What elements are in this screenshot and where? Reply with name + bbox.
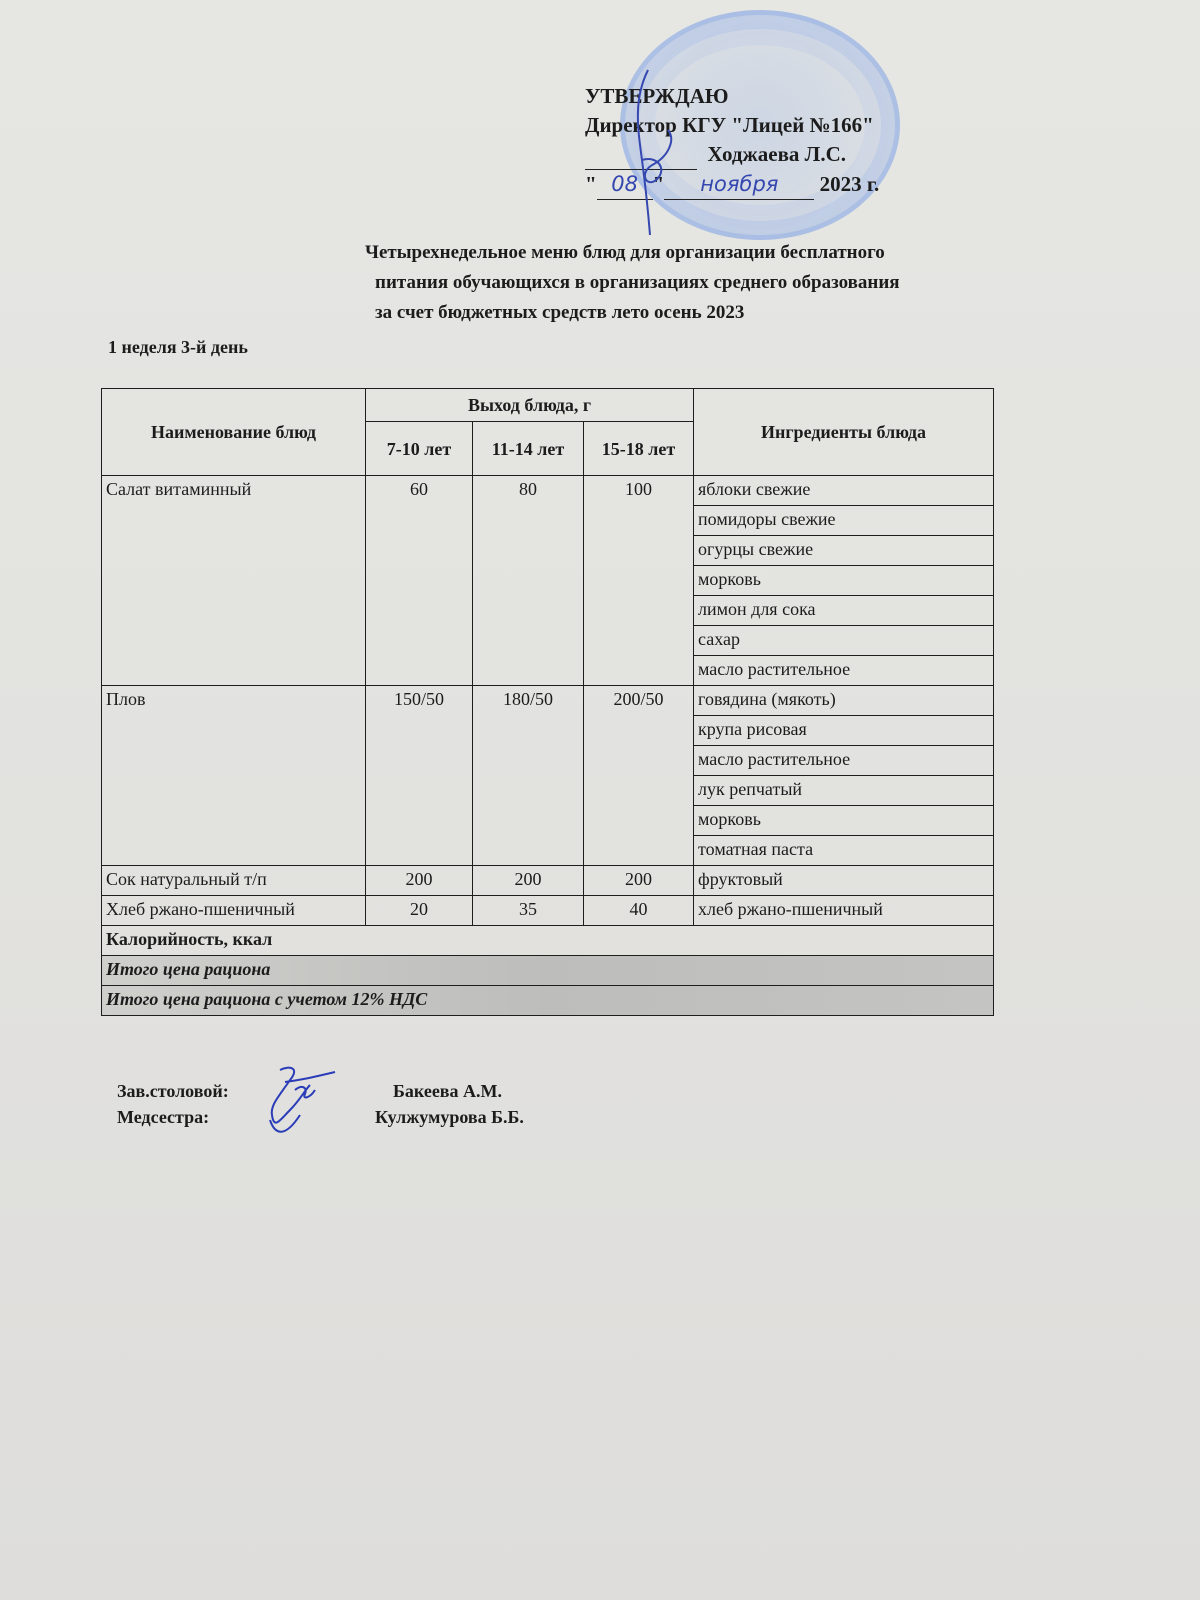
nurse-role: Медсестра: [117, 1104, 209, 1130]
ingredient-cell: томатная паста [694, 836, 994, 866]
approval-block: УТВЕРЖДАЮ Директор КГУ "Лицей №166" Ходж… [585, 82, 879, 200]
yield-11-14: 35 [473, 896, 584, 926]
ingredient-cell: говядина (мякоть) [694, 686, 994, 716]
total-price-row: Итого цена рациона [102, 956, 994, 986]
title-line-1: Четырехнедельное меню блюд для организац… [365, 238, 1025, 268]
table-row: Салат витаминный6080100яблоки свежие [102, 476, 994, 506]
yield-11-14: 200 [473, 866, 584, 896]
calories-row: Калорийность, ккал [102, 926, 994, 956]
table-row: Хлеб ржано-пшеничный203540хлеб ржано-пше… [102, 896, 994, 926]
title-line-2: питания обучающихся в организациях средн… [365, 268, 1025, 298]
header-age-15-18: 15-18 лет [584, 422, 694, 476]
dish-name: Салат витаминный [102, 476, 366, 686]
date-month: ноября [700, 172, 778, 196]
dish-name: Сок натуральный т/п [102, 866, 366, 896]
menu-table: Наименование блюд Выход блюда, г Ингреди… [101, 388, 994, 1016]
table-row: Плов150/50180/50200/50говядина (мякоть) [102, 686, 994, 716]
header-ingredients: Ингредиенты блюда [694, 389, 994, 476]
dish-name: Хлеб ржано-пшеничный [102, 896, 366, 926]
handwritten-signature-icon [250, 1060, 350, 1140]
yield-7-10: 20 [366, 896, 473, 926]
yield-15-18: 100 [584, 476, 694, 686]
total-price-vat-row: Итого цена рациона с учетом 12% НДС [102, 986, 994, 1016]
yield-7-10: 60 [366, 476, 473, 686]
dish-name: Плов [102, 686, 366, 866]
ingredient-cell: лук репчатый [694, 776, 994, 806]
ingredient-cell: масло растительное [694, 746, 994, 776]
director-name: Ходжаева Л.С. [708, 142, 847, 166]
ingredient-cell: морковь [694, 806, 994, 836]
director-position: Директор КГУ "Лицей №166" [585, 111, 879, 140]
title-line-3: за счет бюджетных средств лето осень 202… [365, 298, 1025, 328]
canteen-role: Зав.столовой: [117, 1078, 229, 1104]
ingredient-cell: огурцы свежие [694, 536, 994, 566]
table-row: Сок натуральный т/п200200200фруктовый [102, 866, 994, 896]
yield-15-18: 200 [584, 866, 694, 896]
canteen-name: Бакеева А.М. [393, 1078, 502, 1104]
nurse-name: Кулжумурова Б.Б. [375, 1104, 524, 1130]
director-signature-line: Ходжаева Л.С. [585, 140, 879, 170]
ingredient-cell: масло растительное [694, 656, 994, 686]
approval-date: "08"ноября 2023 г. [585, 170, 879, 200]
ingredient-cell: лимон для сока [694, 596, 994, 626]
yield-11-14: 180/50 [473, 686, 584, 866]
approval-heading: УТВЕРЖДАЮ [585, 82, 879, 111]
ingredient-cell: крупа рисовая [694, 716, 994, 746]
yield-7-10: 200 [366, 866, 473, 896]
ingredient-cell: хлеб ржано-пшеничный [694, 896, 994, 926]
header-age-11-14: 11-14 лет [473, 422, 584, 476]
yield-15-18: 40 [584, 896, 694, 926]
date-day: 08 [611, 172, 638, 196]
date-year: 2023 г. [820, 172, 880, 196]
week-day-label: 1 неделя 3-й день [108, 337, 248, 358]
ingredient-cell: сахар [694, 626, 994, 656]
header-yield: Выход блюда, г [366, 389, 694, 422]
yield-11-14: 80 [473, 476, 584, 686]
ingredient-cell: яблоки свежие [694, 476, 994, 506]
document-title: Четырехнедельное меню блюд для организац… [365, 238, 1025, 328]
ingredient-cell: морковь [694, 566, 994, 596]
header-dish: Наименование блюд [102, 389, 366, 476]
ingredient-cell: помидоры свежие [694, 506, 994, 536]
yield-15-18: 200/50 [584, 686, 694, 866]
header-age-7-10: 7-10 лет [366, 422, 473, 476]
yield-7-10: 150/50 [366, 686, 473, 866]
ingredient-cell: фруктовый [694, 866, 994, 896]
